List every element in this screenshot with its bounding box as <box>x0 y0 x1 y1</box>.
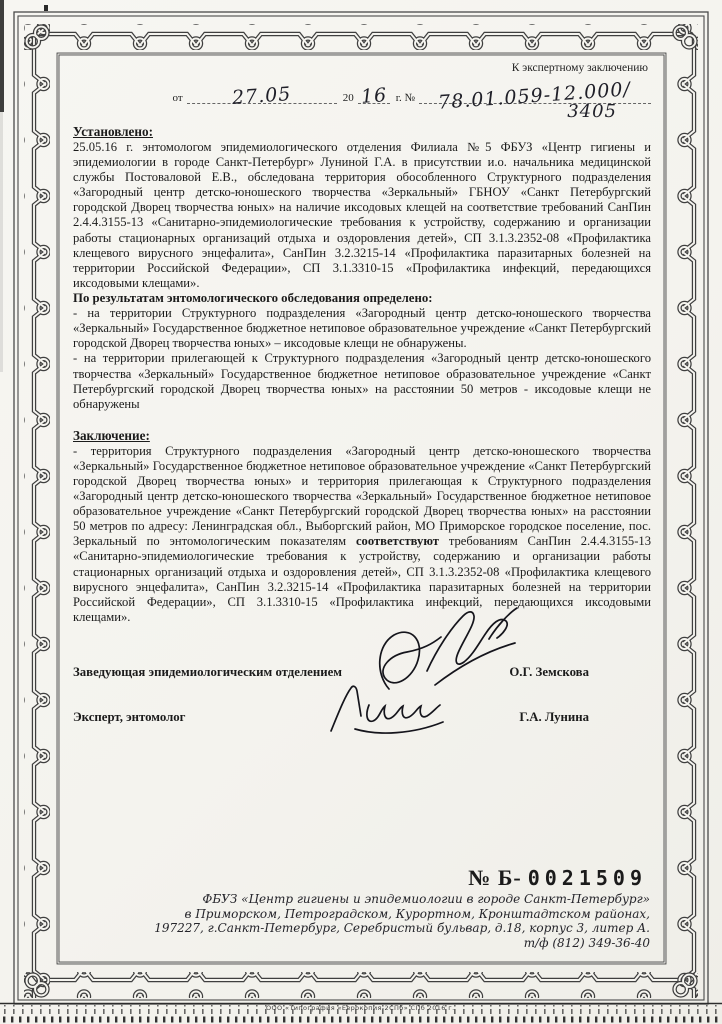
org-footer-line: ФБУЗ «Центр гигиены и эпидемиологии в го… <box>73 892 650 907</box>
conclusion-text-start: - территория Структурного подразделения … <box>73 444 651 549</box>
number-blank: 78.01.059-12.000/ <box>419 82 651 104</box>
signer-name: О.Г. Земскова <box>509 665 589 680</box>
scan-edge-artifact <box>0 0 4 112</box>
conclusion-heading: Заключение: <box>73 428 651 444</box>
document-content: К экспертному заключению от 27.05 20 16 … <box>58 54 665 963</box>
org-footer-line: в Приморском, Петроградском, Курортном, … <box>73 907 650 922</box>
org-footer-phone: т/ф (812) 349-36-40 <box>73 936 650 951</box>
year-blank: 16 <box>358 82 390 104</box>
blank-number-digits: 0021509 <box>528 866 647 890</box>
date-number-line: от 27.05 20 16 г. № 78.01.059-12.000/ <box>73 82 651 104</box>
signature-row-expert: Эксперт, энтомолог Г.А. Лунина <box>73 710 651 725</box>
survey-result-item: - на территории Структурного подразделен… <box>73 306 651 351</box>
signer-title: Заведующая эпидемиологическим отделением <box>73 665 342 680</box>
handwritten-date: 27.05 <box>232 87 292 105</box>
scan-speck <box>44 5 48 11</box>
survey-result-item: - на территории прилегающей к Структурно… <box>73 351 651 411</box>
established-heading: Установлено: <box>73 124 651 140</box>
annex-note: К экспертному заключению <box>73 62 651 74</box>
blank-number-stamp: № Б-0021509 <box>73 865 651 891</box>
handwritten-year: 16 <box>360 88 387 104</box>
year-prefix: 20 <box>337 92 358 104</box>
scan-edge-shadow <box>0 112 3 372</box>
print-house-microtext: ООО «Типография «Еврокопия-2СПб» СПб 201… <box>266 1004 526 1012</box>
organization-footer: ФБУЗ «Центр гигиены и эпидемиологии в го… <box>73 892 651 951</box>
org-footer-line: 197227, г.Санкт-Петербург, Серебристый б… <box>73 921 650 936</box>
date-blank: 27.05 <box>187 82 337 104</box>
conclusion-paragraph: - территория Структурного подразделения … <box>73 444 651 625</box>
signer-title: Эксперт, энтомолог <box>73 710 185 725</box>
signer-name: Г.А. Лунина <box>519 710 589 725</box>
survey-results-heading: По результатам энтомологического обследо… <box>73 291 651 306</box>
scanned-document-page: { "document": { "annex_note": "К эксперт… <box>0 0 722 1024</box>
signature-block: Заведующая эпидемиологическим отделением… <box>73 665 651 725</box>
conclusion-text-bold: соответствуют <box>356 534 439 548</box>
from-label: от <box>167 92 187 104</box>
established-paragraph: 25.05.16 г. энтомологом эпидемиологическ… <box>73 140 651 291</box>
signature-row-head: Заведующая эпидемиологическим отделением… <box>73 665 651 680</box>
blank-number-prefix: № Б- <box>468 865 521 890</box>
number-label: г. № <box>390 92 419 104</box>
